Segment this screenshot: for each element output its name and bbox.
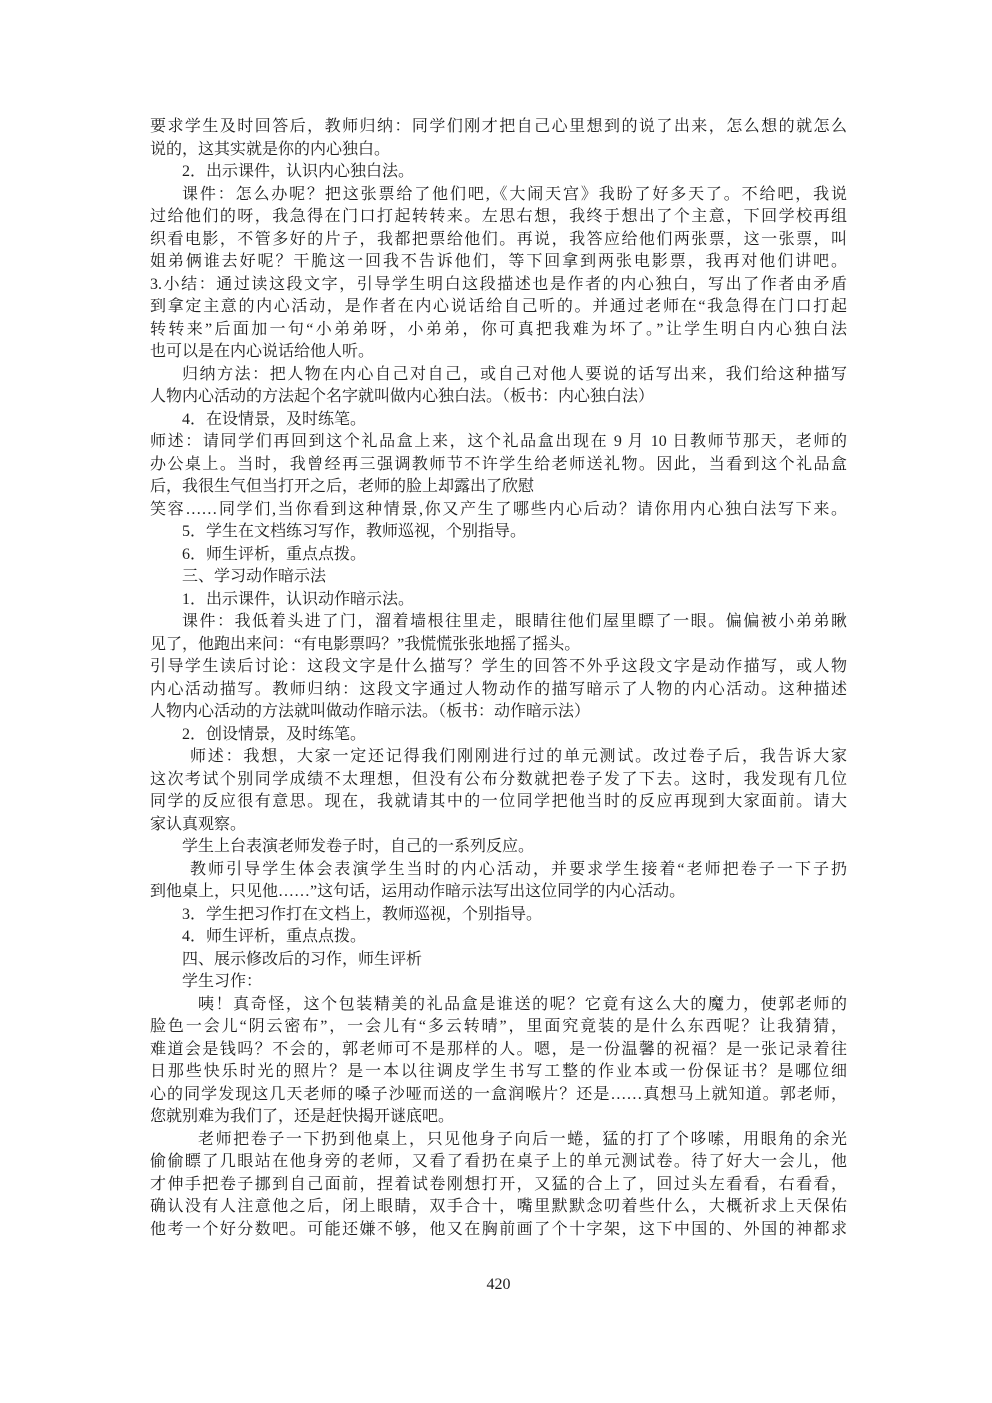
text-line: 才伸手把卷子挪到自己面前，捏着试卷刚想打开，又猛的合上了，回过头左看看，右看看，: [150, 1174, 847, 1197]
text-line: 四、展示修改后的习作，师生评析: [150, 949, 847, 972]
text-line: 同学的反应很有意思。现在，我就请其中的一位同学把他当时的反应再现到大家面前。请大: [150, 791, 847, 814]
text-line: 学生上台表演老师发卷子时，自己的一系列反应。: [150, 836, 847, 859]
text-line: 引导学生读后讨论：这段文字是什么描写？学生的回答不外乎这段文字是动作描写，或人物: [150, 656, 847, 679]
text-line: 人物内心活动的方法就叫做动作暗示法。（板书：动作暗示法）: [150, 701, 847, 724]
text-line: 偷偷瞟了几眼站在他身旁的老师，又看了看扔在桌子上的单元测试卷。待了好大一会儿，他: [150, 1151, 847, 1174]
text-line: 家认真观察。: [150, 814, 847, 837]
text-line: 课件：我低着头进了门，溜着墙根往里走，眼睛往他们屋里瞟了一眼。偏偏被小弟弟瞅: [150, 611, 847, 634]
text-line: 老师把卷子一下扔到他桌上，只见他身子向后一蜷，猛的打了个哆嗦，用眼角的余光: [150, 1129, 847, 1152]
text-line: 见了，他跑出来问：“有电影票吗？”我慌慌张张地摇了摇头。: [150, 634, 847, 657]
text-line: 要求学生及时回答后，教师归纳：同学们刚才把自己心里想到的说了出来，怎么想的就怎么: [150, 116, 847, 139]
text-line: 难道会是钱吗？不会的，郭老师可不是那样的人。嗯，是一份温馨的祝福？是一张记录着往: [150, 1039, 847, 1062]
text-line: 3．学生把习作打在文档上，教师巡视，个别指导。: [150, 904, 847, 927]
text-line: 到他桌上，只见他……”这句话，运用动作暗示法写出这位同学的内心活动。: [150, 881, 847, 904]
text-line: 说的，这其实就是你的内心独白。: [150, 139, 847, 162]
text-line: 他考一个好分数吧。可能还嫌不够，他又在胸前画了个十字架，这下中国的、外国的神都求: [150, 1219, 847, 1242]
text-line: 3.小结：通过读这段文字，引导学生明白这段描述也是作者的内心独白，写出了作者由矛…: [150, 274, 847, 297]
text-line: 内心活动描写。教师归纳：这段文字通过人物动作的描写暗示了人物的内心活动。这种描述: [150, 679, 847, 702]
page-text: 要求学生及时回答后，教师归纳：同学们刚才把自己心里想到的说了出来，怎么想的就怎么…: [150, 116, 847, 1241]
text-line: 5．学生在文档练习写作，教师巡视，个别指导。: [150, 521, 847, 544]
text-line: 笑容……同学们,当你看到这种情景,你又产生了哪些内心后动？请你用内心独白法写下来…: [150, 499, 847, 522]
text-line: 课件：怎么办呢？把这张票给了他们吧,《大闹天宫》我盼了好多天了。不给吧，我说: [150, 184, 847, 207]
text-line: 到拿定主意的内心活动，是作者在内心说话给自己听的。并通过老师在“我急得在门口打起: [150, 296, 847, 319]
document-page: 要求学生及时回答后，教师归纳：同学们刚才把自己心里想到的说了出来，怎么想的就怎么…: [0, 0, 992, 1403]
text-line: 确认没有人注意他之后，闭上眼睛，双手合十，嘴里默默念叨着些什么，大概祈求上天保佑: [150, 1196, 847, 1219]
text-line: 师述：请同学们再回到这个礼品盒上来，这个礼品盒出现在 9 月 10 日教师节那天…: [150, 431, 847, 454]
text-line: 归纳方法：把人物在内心自己对自己，或自己对他人要说的话写出来，我们给这种描写: [150, 364, 847, 387]
text-line: 心的同学发现这几天老师的嗓子沙哑而送的一盒润喉片？还是……真想马上就知道。郭老师…: [150, 1084, 847, 1107]
text-line: 4．在设情景，及时练笔。: [150, 409, 847, 432]
text-line: 脸色一会儿“阴云密布”，一会儿有“多云转晴”，里面究竟装的是什么东西呢？让我猜猜…: [150, 1016, 847, 1039]
text-line: 办公桌上。当时，我曾经再三强调教师节不许学生给老师送礼物。因此，当看到这个礼品盒: [150, 454, 847, 477]
text-line: 4．师生评析，重点点拨。: [150, 926, 847, 949]
text-line: 后，我很生气但当打开之后，老师的脸上却露出了欣慰: [150, 476, 847, 499]
text-line: 1．出示课件，认识动作暗示法。: [150, 589, 847, 612]
text-line: 三、学习动作暗示法: [150, 566, 847, 589]
page-number: 420: [150, 1276, 847, 1294]
text-line: 姐弟俩谁去好呢？干脆这一回我不告诉他们，等下回拿到两张电影票，我再对他们讲吧。: [150, 251, 847, 274]
text-line: 也可以是在内心说话给他人听。: [150, 341, 847, 364]
text-line: 转转来”后面加一句“小弟弟呀，小弟弟，你可真把我难为坏了。”让学生明白内心独白法: [150, 319, 847, 342]
text-line: 过给他们的呀，我急得在门口打起转转来。左思右想，我终于想出了个主意，下回学校再组: [150, 206, 847, 229]
text-line: 6．师生评析，重点点拨。: [150, 544, 847, 567]
text-line: 2．创设情景，及时练笔。: [150, 724, 847, 747]
text-line: 学生习作：: [150, 971, 847, 994]
text-line: 师述：我想，大家一定还记得我们刚刚进行过的单元测试。改过卷子后，我告诉大家: [150, 746, 847, 769]
text-line: 这次考试个别同学成绩不太理想，但没有公布分数就把卷子发了下去。这时，我发现有几位: [150, 769, 847, 792]
text-line: 人物内心活动的方法起个名字就叫做内心独白法。（板书：内心独白法）: [150, 386, 847, 409]
text-line: 织看电影，不管多好的片子，我都把票给他们。再说，我答应给他们两张票，这一张票，叫: [150, 229, 847, 252]
text-line: 2．出示课件，认识内心独白法。: [150, 161, 847, 184]
text-line: 教师引导学生体会表演学生当时的内心活动，并要求学生接着“老师把卷子一下子扔: [150, 859, 847, 882]
text-line: 您就别难为我们了，还是赶快揭开谜底吧。: [150, 1106, 847, 1129]
text-line: 咦！真奇怪，这个包装精美的礼品盒是谁送的呢？它竟有这么大的魔力，使郭老师的: [150, 994, 847, 1017]
text-line: 日那些快乐时光的照片？是一本以往调皮学生书写工整的作业本或一份保证书？是哪位细: [150, 1061, 847, 1084]
